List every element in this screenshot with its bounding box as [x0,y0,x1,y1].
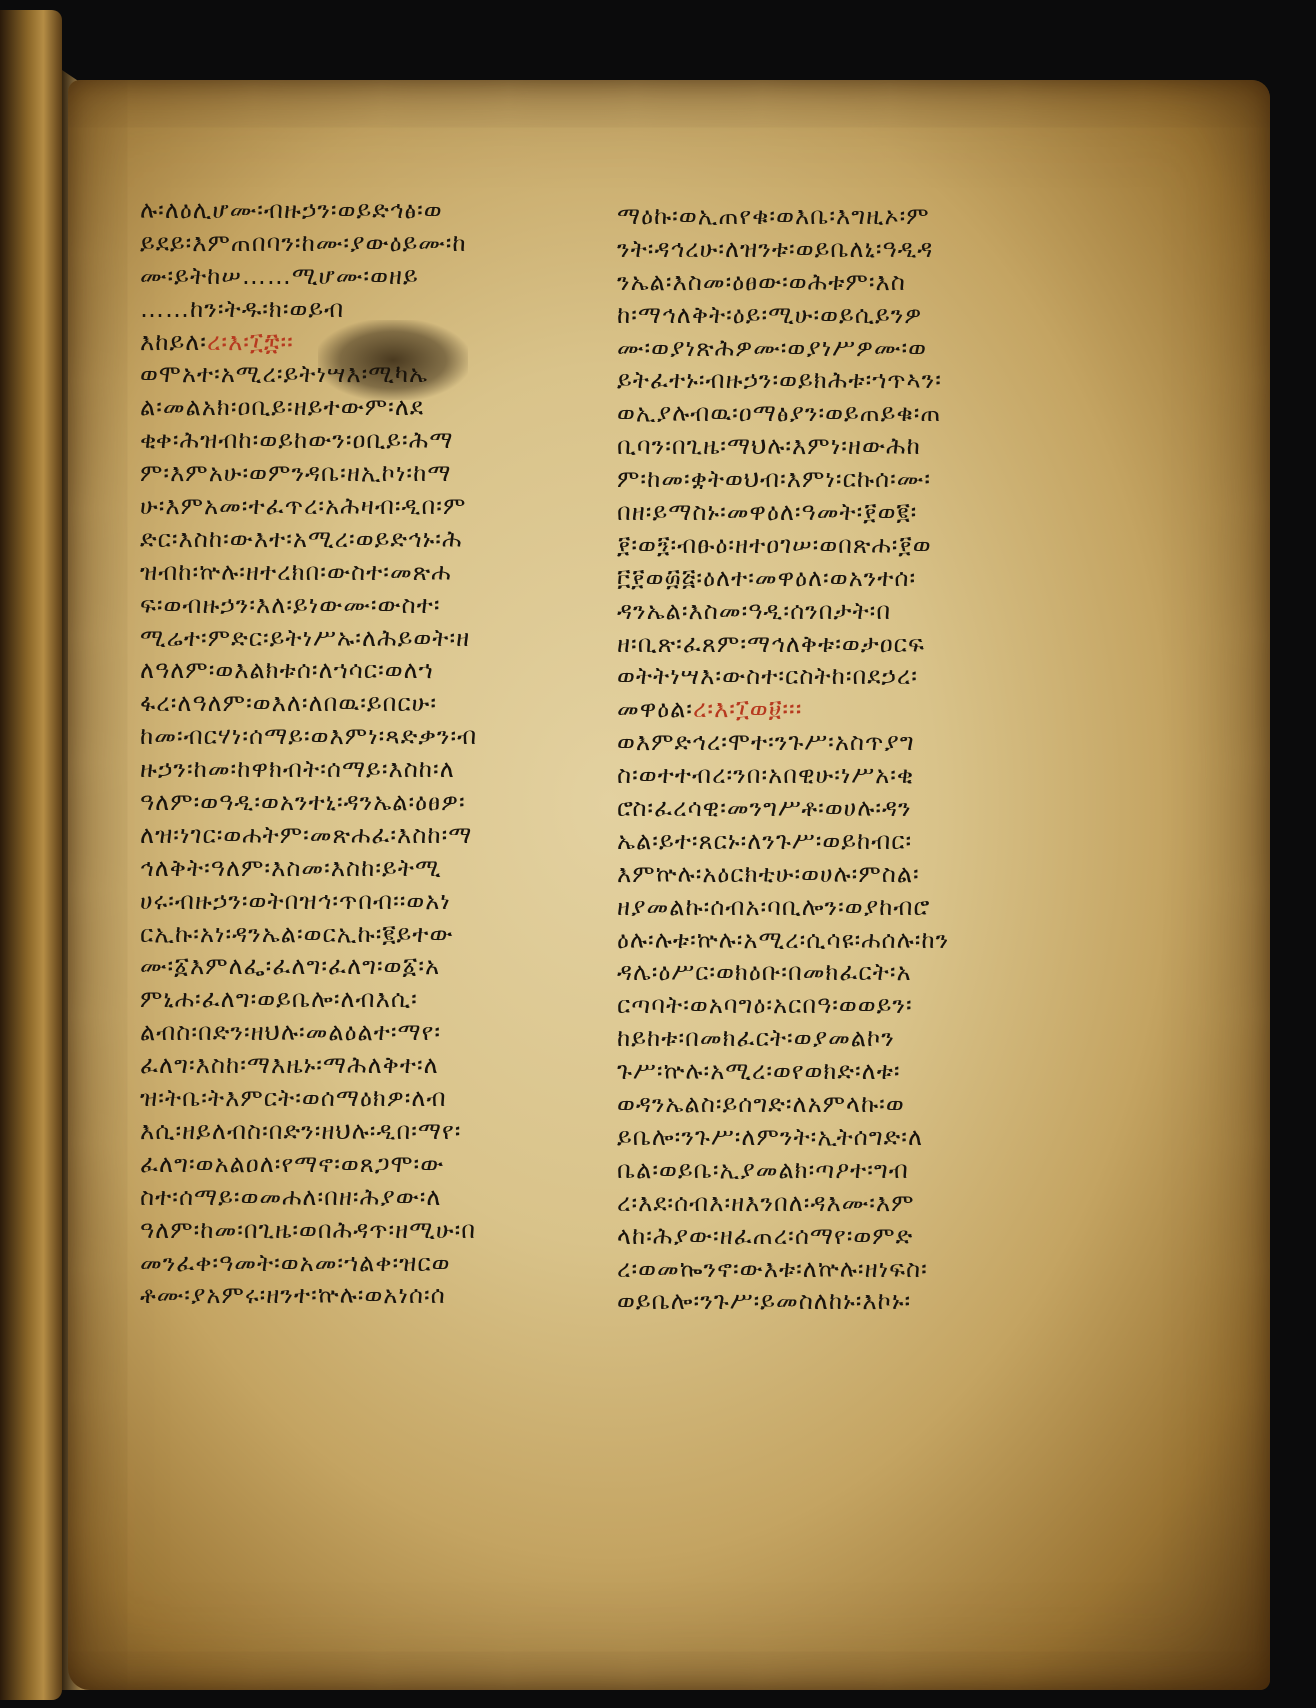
text-line: ወእምድኅረ፡ሞተ፡ንጉሥ፡አስጥያግ [617,726,1012,759]
line-text: ርጣባት፡ወአባግዕ፡አርበዓ፡ወወይን፡ [617,991,913,1019]
line-text: ሀሩ፡ብዙኃን፡ወትበዝኅ፡ጥበብ፡፡ወአነ [140,887,451,915]
line-text: ረ፡እደ፡ሰብእ፡ዘእንበለ፡ዳእሙ፡እም [617,1189,915,1217]
line-text: ቶሙ፡ያአምሩ፡ዘንተ፡ኵሉ፡ወአነሰ፡ሰ [140,1281,446,1309]
text-line: ም፡ከመ፡ቋትወህብ፡እምነ፡ርኩሰ፡ሙ፡ [617,463,1012,496]
line-text: ሙ፡ወያነጽሕዎሙ፡ወያነሥዎሙ፡ወ [617,334,927,362]
text-line: ዓለም፡ወዓዲ፡ወአንተኒ፡ዳንኤል፡ዕፀዎ፡ [140,786,545,819]
rubric-text: ረ፡እ፡፲ወ፱፡፡፡ [693,695,802,723]
text-line: ሙ፡ወያነጽሕዎሙ፡ወያነሥዎሙ፡ወ [617,332,1012,365]
line-text: ዳሌ፡ዕሥር፡ወክዕቡ፡በመክፈርት፡አ [617,958,912,986]
line-text: ላከ፡ሕያው፡ዘፈጠረ፡ሰማየ፡ወምድ [617,1222,913,1250]
line-text: ቤል፡ወይቤ፡ኢያመልክ፡ጣዖተ፡ግብ [617,1156,909,1184]
text-line: ረ፡ወመኰንኖ፡ውእቱ፡ለኵሉ፡ዘነፍስ፡ [617,1253,1012,1286]
line-text: ወኢያሉብዉ፡ዐማፅያን፡ወይጠይቁ፡ጠ [617,399,941,427]
text-line: እምኵሉ፡አዕርክቲሁ፡ወሀሉ፡ምስል፡ [617,858,1012,891]
line-text: ለዓለም፡ወእልክቱሰ፡ለኀሳር፡ወለኀ [140,656,434,684]
text-line: ፈለግ፡ወአልዐለ፡የማኖ፡ወጸጋሞ፡ው [140,1148,545,1181]
line-text: መንፈቀ፡ዓመት፡ወአመ፡ኀልቀ፡ዝርወ [140,1249,450,1277]
text-line: ወኢያሉብዉ፡ዐማፅያን፡ወይጠይቁ፡ጠ [617,397,1012,430]
text-line: ሀሩ፡ብዙኃን፡ወትበዝኅ፡ጥበብ፡፡ወአነ [140,885,545,918]
text-line: ዝብከ፡ኵሉ፡ዘተረክበ፡ውስተ፡መጽሐ [140,556,545,589]
line-text: ልብስ፡በድን፡ዘህሉ፡መልዕልተ፡ማየ፡ [140,1018,441,1046]
line-text: ል፡መልአክ፡ዐቢይ፡ዘይተውም፡ለደ [140,393,424,421]
text-line: ስ፡ወተተብረ፡ንበ፡አበዊሁ፡ነሥአ፡ቂ [617,759,1012,792]
line-text: እከይለ፡ [140,328,207,356]
line-text: ዝብከ፡ኵሉ፡ዘተረክበ፡ውስተ፡መጽሐ [140,558,452,586]
text-line: ኅለቅት፡ዓለም፡እስመ፡እስከ፡ይትሚ [140,852,545,885]
line-text: ሙ፡፩እምለፌ፡ፈለግ፡ፈለግ፡ወ፩፡አ [140,952,440,980]
line-text: ፋረ፡ለዓለም፡ወእለ፡ለበዉ፡ይበርሁ፡ [140,689,437,717]
text-line: ወትትነሣእ፡ውስተ፡ርስትከ፡በደኃረ፡ [617,660,1012,693]
text-line: ይደይ፡እምጠበባን፡ከሙ፡ያውዕይሙ፡ከ [140,227,545,260]
right-text-column: ማዕኩ፡ወኢጠየቁ፡ወእቤ፡እግዚኦ፡ምንት፡ዳኅረሁ፡ለዝንቱ፡ወይቤለኒ፡ዓ… [617,200,1012,1318]
line-text: እምኵሉ፡አዕርክቲሁ፡ወሀሉ፡ምስል፡ [617,860,920,888]
text-line: ሙ፡፩እምለፌ፡ፈለግ፡ፈለግ፡ወ፩፡አ [140,950,545,983]
line-text: ዘያመልኩ፡ሰብአ፡ባቢሎን፡ወያከብሮ [617,893,930,921]
line-text: ኅለቅት፡ዓለም፡እስመ፡እስከ፡ይትሚ [140,854,442,882]
text-line: ሁ፡እምአመ፡ተፈጥረ፡አሕዛብ፡ዲበ፡ም [140,490,545,523]
line-text: ማዕኩ፡ወኢጠየቁ፡ወእቤ፡እግዚኦ፡ም [617,202,930,230]
text-line: ድር፡እስከ፡ውእተ፡አሚረ፡ወይድኅኑ፡ሕ [140,523,545,556]
text-line: ምኒሐ፡ፈለግ፡ወይቤሎ፡ለብእሲ፡ [140,983,545,1016]
text-line: በዘ፡ይማስኑ፡መዋዕለ፡ዓመት፡፻ወ፪፡ [617,496,1012,529]
text-line: ኤል፡ይተ፡ጸርኑ፡ለንጉሥ፡ወይከብር፡ [617,825,1012,858]
text-line: ፫፻ወ፴፭፡ዕለተ፡መዋዕለ፡ወአንተሰ፡ [617,562,1012,595]
line-text: ዕሉ፡ሉቱ፡ኵሉ፡አሚረ፡ሲሳዩ፡ሐሰሉ፡ከን [617,926,949,954]
line-text: ከ፡ማኅለቅት፡ዕይ፡ሚሁ፡ወይሲይንዎ [617,301,922,329]
line-text: ወይቤሎ፡ንጉሥ፡ይመስለከኑ፡እኮኑ፡ [617,1287,911,1315]
line-text: ንት፡ዳኅረሁ፡ለዝንቱ፡ወይቤለኒ፡ዓዲዳ [617,235,933,263]
text-line: ንት፡ዳኅረሁ፡ለዝንቱ፡ወይቤለኒ፡ዓዲዳ [617,233,1012,266]
text-line: ለዝ፡ነገር፡ወሐትም፡መጽሐፈ፡እስከ፡ማ [140,819,545,852]
line-text: ዙኃን፡ከመ፡ከዋክብት፡ሰማይ፡እስከ፡ለ [140,755,455,783]
line-text: ፫፻ወ፴፭፡ዕለተ፡መዋዕለ፡ወአንተሰ፡ [617,564,916,592]
text-line: ዳሌ፡ዕሥር፡ወክዕቡ፡በመክፈርት፡አ [617,956,1012,989]
text-line: ዘ፡ቢጽ፡ፈጸም፡ማኅለቅቱ፡ወታዐርፍ [617,628,1012,661]
text-line: ሉ፡ለዕሊሆሙ፡ብዙኃን፡ወይድኅፅ፡ወ [140,194,545,227]
line-text: ይደይ፡እምጠበባን፡ከሙ፡ያውዕይሙ፡ከ [140,229,467,257]
line-text: ይቤሎ፡ንጉሥ፡ለምንት፡ኢትሰግድ፡ለ [617,1123,923,1151]
line-text: ዘ፡ቢጽ፡ፈጸም፡ማኅለቅቱ፡ወታዐርፍ [617,630,925,658]
line-text: ረ፡ወመኰንኖ፡ውእቱ፡ለኵሉ፡ዘነፍስ፡ [617,1255,928,1283]
text-line: ርኢኩ፡አነ፡ዳንኤል፡ወርኢኩ፡፪ይተው [140,918,545,951]
text-line: ቤል፡ወይቤ፡ኢያመልክ፡ጣዖተ፡ግብ [617,1154,1012,1187]
line-text: ሮስ፡ፈረሳዊ፡መንግሥቶ፡ወሀሉ፡ዳን [617,794,912,822]
line-text: ወሞአተ፡አሚረ፡ይትነሣእ፡ሚካኤ [140,360,428,388]
text-line: ይትፈተኑ፡ብዙኃን፡ወይክሕቱ፡ኀጥኣን፡ [617,364,1012,397]
text-line: ወዳንኤልስ፡ይሰግድ፡ለአምላኩ፡ወ [617,1088,1012,1121]
text-line: ፋረ፡ለዓለም፡ወእለ፡ለበዉ፡ይበርሁ፡ [140,687,545,720]
text-line: ቂቀ፡ሕዝብከ፡ወይከውን፡ዐቢይ፡ሕማ [140,424,545,457]
line-text: ወትትነሣእ፡ውስተ፡ርስትከ፡በደኃረ፡ [617,662,918,690]
text-line: ዳንኤል፡እስመ፡ዓዲ፡ሰንበታት፡በ [617,595,1012,628]
text-line: ዘያመልኩ፡ሰብአ፡ባቢሎን፡ወያከብሮ [617,891,1012,924]
line-text: ኤል፡ይተ፡ጸርኑ፡ለንጉሥ፡ወይከብር፡ [617,827,912,855]
line-text: ዓለም፡ወዓዲ፡ወአንተኒ፡ዳንኤል፡ዕፀዎ፡ [140,788,466,816]
line-text: ወዳንኤልስ፡ይሰግድ፡ለአምላኩ፡ወ [617,1090,905,1118]
text-line: ዝ፡ትቤ፡ትእምርት፡ወሰማዕክዎ፡ለብ [140,1082,545,1115]
text-line: ሚሬተ፡ምድር፡ይትነሥኡ፡ለሕይወት፡ዘ [140,622,545,655]
line-text: በዘ፡ይማስኑ፡መዋዕለ፡ዓመት፡፻ወ፪፡ [617,498,917,526]
text-line: ከይከቱ፡በመክፈርት፡ወያመልኮን [617,1022,1012,1055]
line-text: ዓለም፡ከመ፡በጊዜ፡ወበሕዳጥ፡ዘሚሁ፡በ [140,1216,476,1244]
text-line: ንኤል፡እስመ፡ዕፀው፡ወሕቱም፡እስ [617,266,1012,299]
line-text: ከይከቱ፡በመክፈርት፡ወያመልኮን [617,1024,895,1052]
line-text: ፍ፡ወብዙኃን፡እለ፡ይነውሙ፡ውስተ፡ [140,591,441,619]
text-line: ም፡እምአሁ፡ወምንዳቤ፡ዘኢኮነ፡ከማ [140,457,545,490]
line-text: እሲ፡ዘይለብስ፡በድን፡ዘህሉ፡ዲበ፡ማየ፡ [140,1117,461,1145]
line-text: ም፡እምአሁ፡ወምንዳቤ፡ዘኢኮነ፡ከማ [140,459,451,487]
line-text: ወእምድኅረ፡ሞተ፡ንጉሥ፡አስጥያግ [617,728,915,756]
text-line: እሲ፡ዘይለብስ፡በድን፡ዘህሉ፡ዲበ፡ማየ፡ [140,1115,545,1148]
text-line: ጉሥ፡ኵሉ፡አሚረ፡ወየወክድ፡ለቱ፡ [617,1055,1012,1088]
rubric-text: ረ፡እ፡፲፰፡፡ [207,328,294,356]
line-text: ዝ፡ትቤ፡ትእምርት፡ወሰማዕክዎ፡ለብ [140,1084,447,1112]
line-text: መዋዕል፡ [617,695,693,723]
text-line: ይቤሎ፡ንጉሥ፡ለምንት፡ኢትሰግድ፡ለ [617,1121,1012,1154]
text-line: ለዓለም፡ወእልክቱሰ፡ለኀሳር፡ወለኀ [140,654,545,687]
line-text: ዳንኤል፡እስመ፡ዓዲ፡ሰንበታት፡በ [617,597,891,625]
text-line: ማዕኩ፡ወኢጠየቁ፡ወእቤ፡እግዚኦ፡ም [617,200,1012,233]
text-line: ከ፡ማኅለቅት፡ዕይ፡ሚሁ፡ወይሲይንዎ [617,299,1012,332]
text-line: ስተ፡ሰማይ፡ወመሐለ፡በዘ፡ሕያው፡ለ [140,1181,545,1214]
line-text: ……ከን፡ትዱ፡ክ፡ወይብ [140,295,344,323]
text-line: ከመ፡ብርሃነ፡ሰማይ፡ወእምነ፡ጻድቃን፡ብ [140,720,545,753]
line-text: ንኤል፡እስመ፡ዕፀው፡ወሕቱም፡እስ [617,268,906,296]
text-line: ቶሙ፡ያአምሩ፡ዘንተ፡ኵሉ፡ወአነሰ፡ሰ [140,1279,545,1312]
line-text: ጉሥ፡ኵሉ፡አሚረ፡ወየወክድ፡ለቱ፡ [617,1057,901,1085]
line-text: ፈለግ፡እስከ፡ማእዜኑ፡ማሕለቅተ፡ለ [140,1051,439,1079]
line-text: ለዝ፡ነገር፡ወሐትም፡መጽሐፈ፡እስከ፡ማ [140,821,472,849]
line-text: ድር፡እስከ፡ውእተ፡አሚረ፡ወይድኅኑ፡ሕ [140,525,463,553]
text-line: ፍ፡ወብዙኃን፡እለ፡ይነውሙ፡ውስተ፡ [140,589,545,622]
text-line: መንፈቀ፡ዓመት፡ወአመ፡ኀልቀ፡ዝርወ [140,1247,545,1280]
text-line: እከይለ፡ረ፡እ፡፲፰፡፡ [140,326,545,359]
facing-page-edge [0,10,62,1700]
text-line: ወይቤሎ፡ንጉሥ፡ይመስለከኑ፡እኮኑ፡ [617,1285,1012,1318]
text-line: መዋዕል፡ረ፡እ፡፲ወ፱፡፡፡ [617,693,1012,726]
text-line: ሮስ፡ፈረሳዊ፡መንግሥቶ፡ወሀሉ፡ዳን [617,792,1012,825]
text-line: ፻፡ወ፺፡ብፁዕ፡ዘተዐገሠ፡ወበጽሐ፡፻ወ [617,529,1012,562]
line-text: ም፡ከመ፡ቋትወህብ፡እምነ፡ርኩሰ፡ሙ፡ [617,465,931,493]
text-line: ቢባን፡በጊዜ፡ማህሉ፡እምነ፡ዘውሕከ [617,430,1012,463]
text-line: ርጣባት፡ወአባግዕ፡አርበዓ፡ወወይን፡ [617,989,1012,1022]
line-text: ቂቀ፡ሕዝብከ፡ወይከውን፡ዐቢይ፡ሕማ [140,426,453,454]
line-text: ፈለግ፡ወአልዐለ፡የማኖ፡ወጸጋሞ፡ው [140,1150,444,1178]
text-line: ወሞአተ፡አሚረ፡ይትነሣእ፡ሚካኤ [140,358,545,391]
line-text: ስ፡ወተተብረ፡ንበ፡አበዊሁ፡ነሥአ፡ቂ [617,761,914,789]
text-line: ዓለም፡ከመ፡በጊዜ፡ወበሕዳጥ፡ዘሚሁ፡በ [140,1214,545,1247]
line-text: ሙ፡ይትከሠ……ሚሆሙ፡ወዘይ [140,262,419,290]
line-text: ስተ፡ሰማይ፡ወመሐለ፡በዘ፡ሕያው፡ለ [140,1183,442,1211]
text-line: ረ፡እደ፡ሰብእ፡ዘእንበለ፡ዳእሙ፡እም [617,1187,1012,1220]
line-text: ምኒሐ፡ፈለግ፡ወይቤሎ፡ለብእሲ፡ [140,985,418,1013]
text-line: ዙኃን፡ከመ፡ከዋክብት፡ሰማይ፡እስከ፡ለ [140,753,545,786]
text-line: ል፡መልአክ፡ዐቢይ፡ዘይተውም፡ለደ [140,391,545,424]
line-text: ሁ፡እምአመ፡ተፈጥረ፡አሕዛብ፡ዲበ፡ም [140,492,466,520]
text-line: ፈለግ፡እስከ፡ማእዜኑ፡ማሕለቅተ፡ለ [140,1049,545,1082]
text-line: ……ከን፡ትዱ፡ክ፡ወይብ [140,293,545,326]
line-text: ይትፈተኑ፡ብዙኃን፡ወይክሕቱ፡ኀጥኣን፡ [617,366,942,394]
line-text: ቢባን፡በጊዜ፡ማህሉ፡እምነ፡ዘውሕከ [617,432,921,460]
text-line: ዕሉ፡ሉቱ፡ኵሉ፡አሚረ፡ሲሳዩ፡ሐሰሉ፡ከን [617,924,1012,957]
line-text: ርኢኩ፡አነ፡ዳንኤል፡ወርኢኩ፡፪ይተው [140,920,454,948]
text-line: ሙ፡ይትከሠ……ሚሆሙ፡ወዘይ [140,260,545,293]
line-text: ሉ፡ለዕሊሆሙ፡ብዙኃን፡ወይድኅፅ፡ወ [140,196,443,224]
line-text: ሚሬተ፡ምድር፡ይትነሥኡ፡ለሕይወት፡ዘ [140,624,470,652]
text-line: ላከ፡ሕያው፡ዘፈጠረ፡ሰማየ፡ወምድ [617,1220,1012,1253]
line-text: ከመ፡ብርሃነ፡ሰማይ፡ወእምነ፡ጻድቃን፡ብ [140,722,477,750]
text-line: ልብስ፡በድን፡ዘህሉ፡መልዕልተ፡ማየ፡ [140,1016,545,1049]
line-text: ፻፡ወ፺፡ብፁዕ፡ዘተዐገሠ፡ወበጽሐ፡፻ወ [617,531,932,559]
left-text-column: ሉ፡ለዕሊሆሙ፡ብዙኃን፡ወይድኅፅ፡ወይደይ፡እምጠበባን፡ከሙ፡ያውዕይሙ፡… [140,194,545,1312]
